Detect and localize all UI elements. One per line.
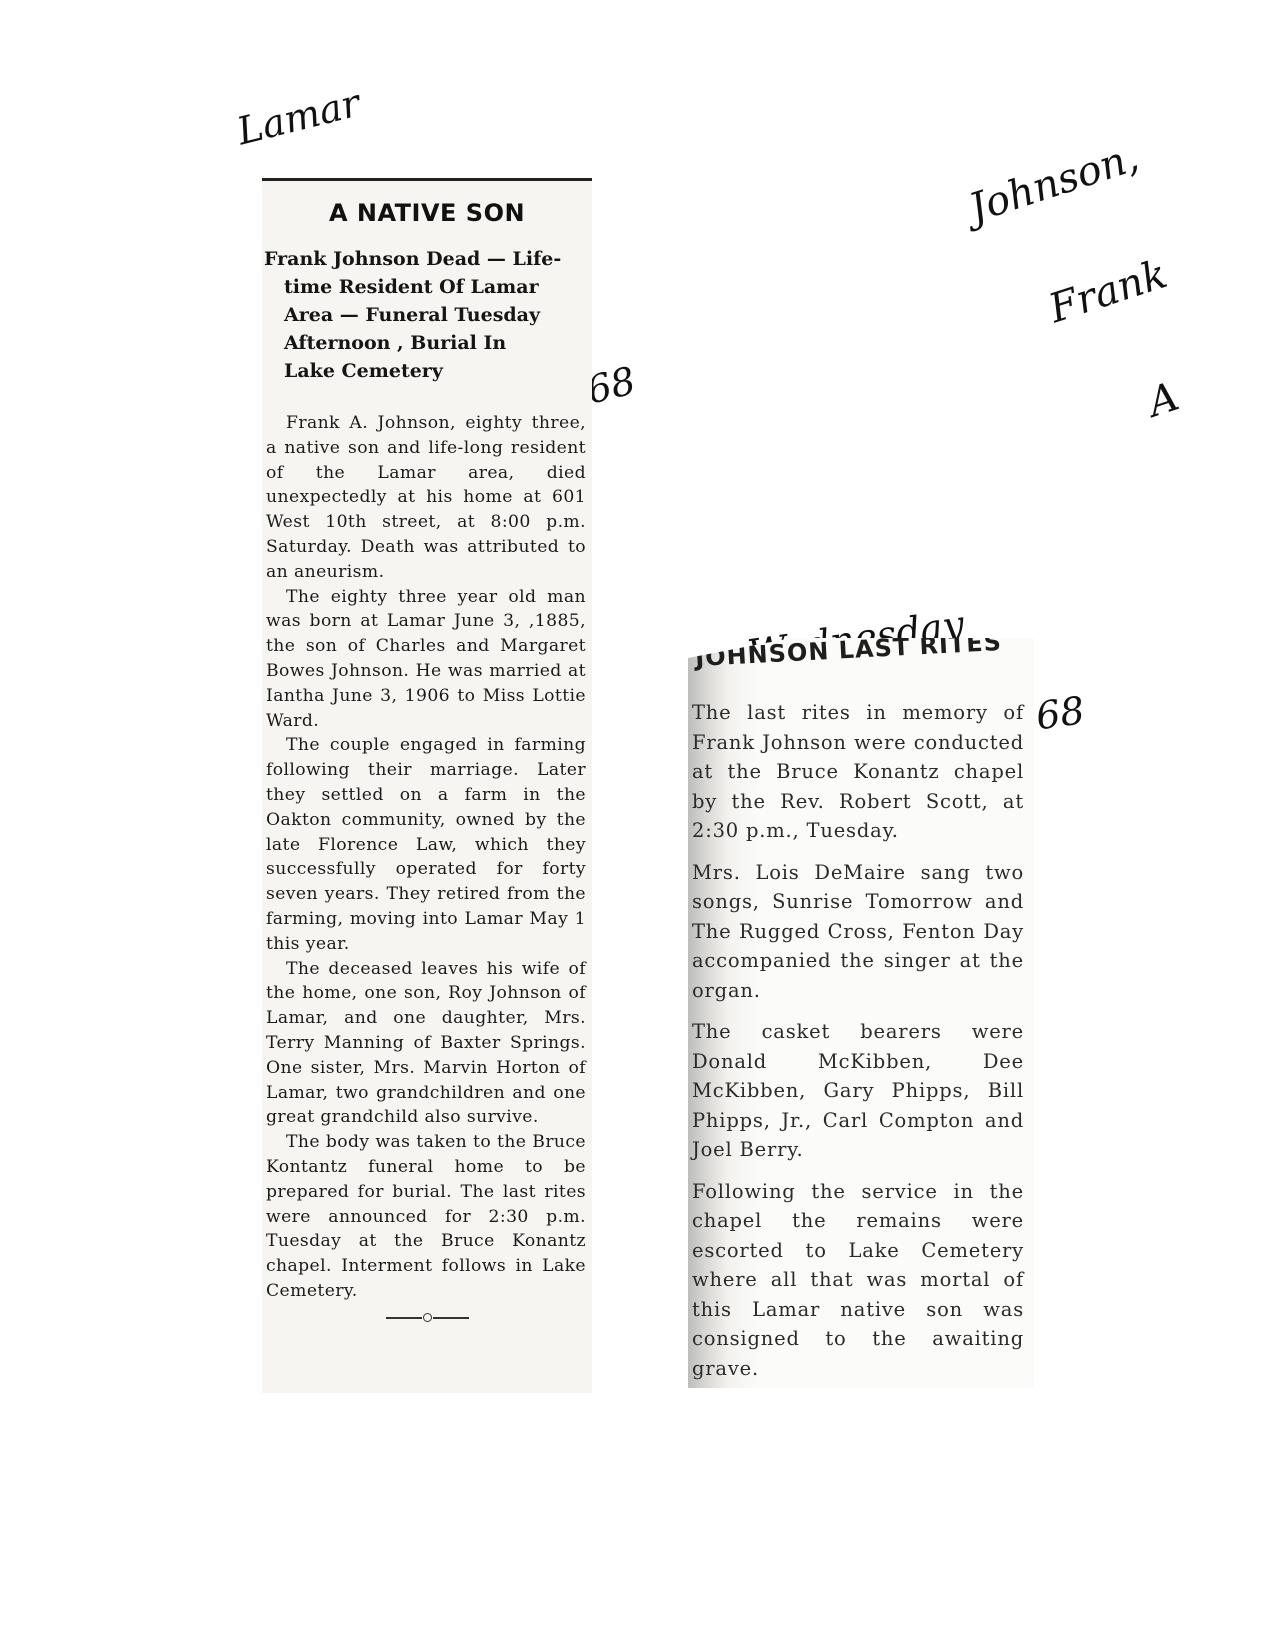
body-paragraph: The casket bearers were Donald McKibben,… — [692, 1017, 1024, 1165]
deck-line: time Resident Of Lamar — [264, 273, 588, 301]
body-paragraph: The eighty three year old man was born a… — [266, 585, 586, 734]
body-paragraph: Mrs. Lois DeMaire sang two songs, Sunris… — [692, 858, 1024, 1006]
deck-line: Lake Cemetery — [264, 357, 588, 385]
body-paragraph: The couple engaged in farming following … — [266, 733, 586, 956]
body-paragraph: Frank A. Johnson, eighty three, a native… — [266, 411, 586, 585]
body-paragraph: Following the service in the chapel the … — [692, 1177, 1024, 1384]
obituary-clipping-last-rites: JOHNSON LAST RITES The last rites in mem… — [688, 638, 1034, 1388]
end-of-article-mark — [688, 1387, 1034, 1403]
end-of-article-mark — [262, 1310, 592, 1326]
clipping-body: The last rites in memory of Frank Johnso… — [688, 698, 1034, 1383]
clipping-subheadline: Frank Johnson Dead — Life- time Resident… — [262, 245, 592, 385]
handwritten-line: Lamar — [233, 35, 557, 150]
deck-line: Afternoon , Burial In — [264, 329, 588, 357]
handwritten-subject-name-note: Johnson, Frank A — [940, 61, 1230, 495]
clipping-body: Frank A. Johnson, eighty three, a native… — [262, 411, 592, 1304]
body-paragraph: The last rites in memory of Frank Johnso… — [692, 698, 1024, 846]
handwritten-line: Johnson, — [965, 137, 1144, 229]
deck-line: Area — Funeral Tuesday — [264, 301, 588, 329]
body-paragraph: The body was taken to the Bruce Kontantz… — [266, 1130, 586, 1304]
obituary-clipping-native-son: A NATIVE SON Frank Johnson Dead — Life- … — [262, 178, 592, 1393]
clipping-headline: A NATIVE SON — [262, 199, 592, 227]
handwritten-line: A — [1144, 365, 1218, 423]
top-rule-divider — [262, 178, 592, 181]
body-paragraph: The deceased leaves his wife of the home… — [266, 957, 586, 1131]
handwritten-line: Frank — [1045, 251, 1181, 329]
deck-line: Frank Johnson Dead — Life- — [264, 248, 561, 270]
